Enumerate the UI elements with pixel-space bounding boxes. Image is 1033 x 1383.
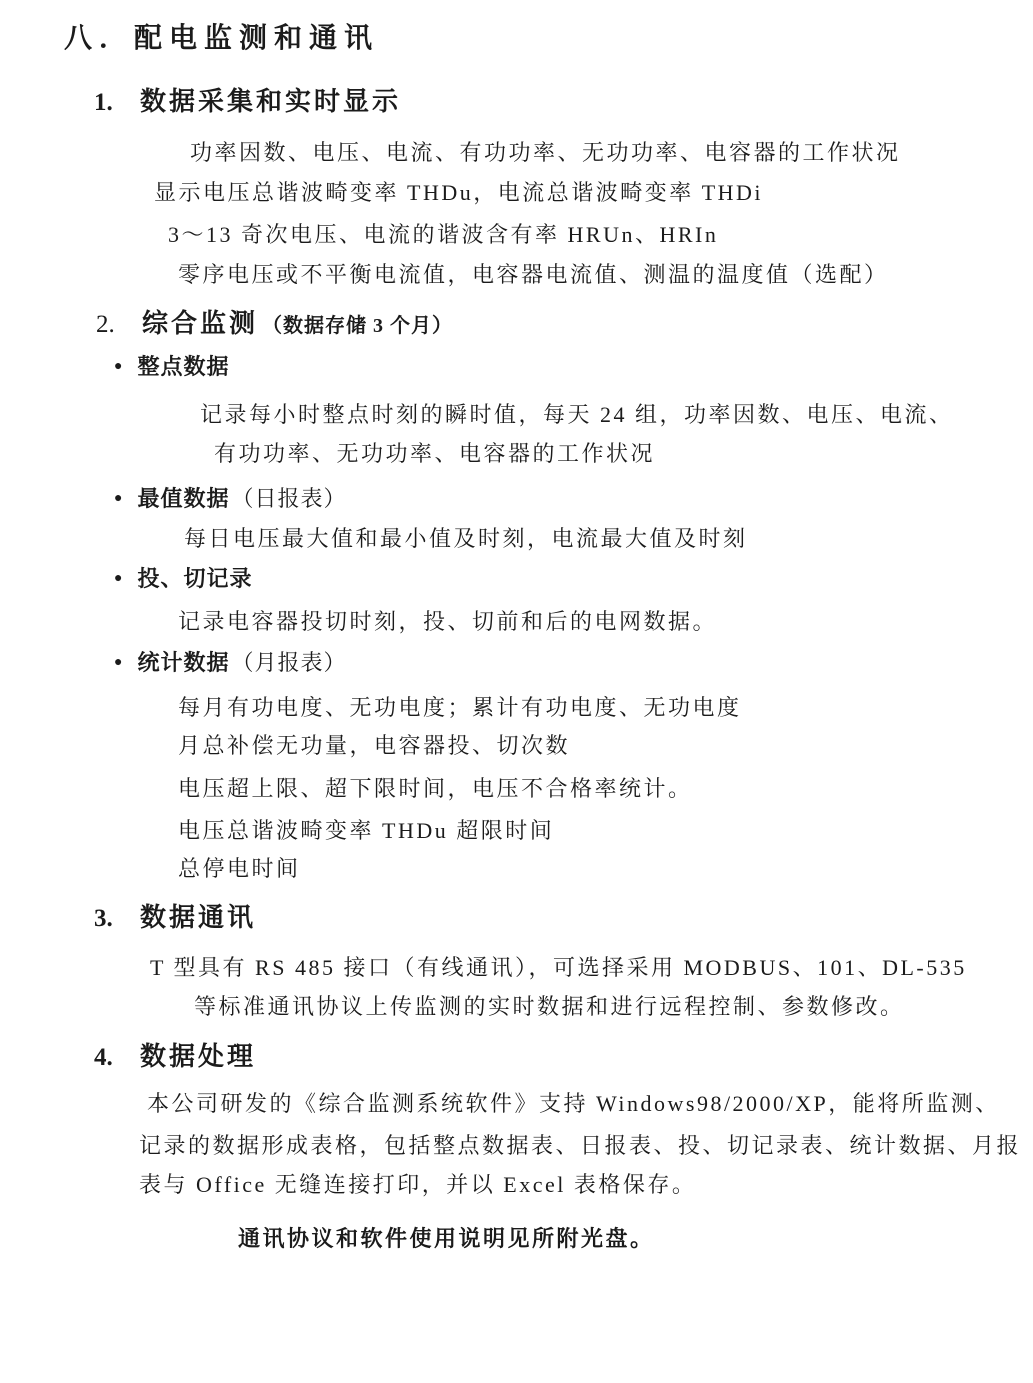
bullet-body-line: 记录电容器投切时刻，投、切前和后的电网数据。 bbox=[178, 609, 717, 635]
section-4-title: 数据处理 bbox=[140, 1041, 256, 1072]
bullet-body-line: 电压超上限、超下限时间，电压不合格率统计。 bbox=[178, 776, 693, 802]
bullet-label: 整点数据 bbox=[137, 354, 229, 380]
section-3-line: 等标准通讯协议上传监测的实时数据和进行远程控制、参数修改。 bbox=[194, 994, 905, 1020]
bullet-body-line: 有功功率、无功功率、电容器的工作状况 bbox=[214, 441, 655, 467]
section-3-title: 数据通讯 bbox=[140, 902, 256, 933]
section-3-line: T 型具有 RS 485 接口（有线通讯），可选择采用 MODBUS、101、D… bbox=[150, 955, 967, 981]
bullet-label: 投、切记录 bbox=[137, 566, 252, 592]
bullet-item-hourly-data: ● 整点数据 bbox=[114, 354, 231, 380]
bullet-icon: ● bbox=[114, 491, 122, 508]
bullet-note: （月报表） bbox=[231, 650, 346, 676]
section-4-line: 本公司研发的《综合监测系统软件》支持 Windows98/2000/XP，能将所… bbox=[147, 1091, 1000, 1117]
section-2-heading: 2. 综合监测 （数据存储 3 个月） bbox=[96, 308, 453, 340]
bullet-body-line: 月总补偿无功量，电容器投、切次数 bbox=[178, 733, 570, 759]
section-1-line: 功率因数、电压、电流、有功功率、无功功率、电容器的工作状况 bbox=[190, 140, 901, 166]
bullet-icon: ● bbox=[114, 359, 122, 376]
bullet-icon: ● bbox=[114, 655, 122, 672]
bullet-body-line: 每日电压最大值和最小值及时刻，电流最大值及时刻 bbox=[184, 526, 748, 552]
section-2-number: 2. bbox=[96, 310, 142, 340]
bullet-note: （日报表） bbox=[231, 486, 346, 512]
section-3-number: 3. bbox=[94, 904, 140, 934]
footer-note: 通讯协议和软件使用说明见所附光盘。 bbox=[238, 1226, 655, 1252]
section-4-line: 表与 Office 无缝连接打印，并以 Excel 表格保存。 bbox=[139, 1172, 696, 1198]
bullet-body-line: 每月有功电度、无功电度；累计有功电度、无功电度 bbox=[178, 695, 742, 721]
section-1-heading: 1. 数据采集和实时显示 bbox=[94, 86, 401, 118]
section-2-title: 综合监测 bbox=[142, 308, 258, 339]
section-1-title: 数据采集和实时显示 bbox=[140, 86, 401, 117]
bullet-body-line: 记录每小时整点时刻的瞬时值，每天 24 组，功率因数、电压、电流、 bbox=[200, 402, 954, 428]
section-2-title-note: （数据存储 3 个月） bbox=[262, 314, 453, 338]
bullet-item-extreme-data: ● 最值数据 （日报表） bbox=[114, 486, 347, 512]
section-1-line: 显示电压总谐波畸变率 THDu，电流总谐波畸变率 THDi bbox=[154, 180, 763, 206]
section-4-heading: 4. 数据处理 bbox=[94, 1041, 256, 1073]
bullet-item-statistics-data: ● 统计数据 （月报表） bbox=[114, 650, 347, 676]
bullet-label: 统计数据 bbox=[137, 650, 229, 676]
bullet-body-line: 电压总谐波畸变率 THDu 超限时间 bbox=[178, 818, 554, 844]
section-4-number: 4. bbox=[94, 1043, 140, 1073]
section-4-line: 记录的数据形成表格，包括整点数据表、日报表、投、切记录表、统计数据、月报 bbox=[139, 1133, 1021, 1159]
bullet-label: 最值数据 bbox=[137, 486, 229, 512]
bullet-item-switch-record: ● 投、切记录 bbox=[114, 566, 254, 592]
chapter-title: 八．配电监测和通讯 bbox=[64, 22, 379, 56]
bullet-icon: ● bbox=[114, 571, 122, 588]
document-page: 八．配电监测和通讯 1. 数据采集和实时显示 功率因数、电压、电流、有功功率、无… bbox=[0, 0, 1033, 1383]
section-1-number: 1. bbox=[94, 88, 140, 118]
section-1-line: 零序电压或不平衡电流值，电容器电流值、测温的温度值（选配） bbox=[178, 262, 889, 288]
section-1-line: 3～13 奇次电压、电流的谐波含有率 HRUn、HRIn bbox=[168, 222, 718, 248]
section-3-heading: 3. 数据通讯 bbox=[94, 902, 256, 934]
bullet-body-line: 总停电时间 bbox=[178, 856, 301, 882]
